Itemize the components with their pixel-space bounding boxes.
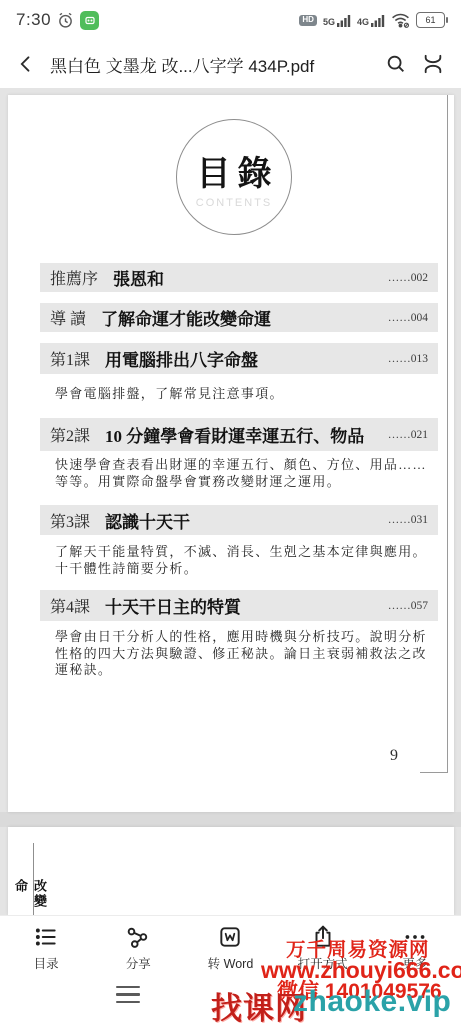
- toolbar-label: 转 Word: [208, 954, 254, 972]
- toolbar-item-share[interactable]: 分享: [94, 924, 182, 972]
- signal-4g-icon: 4G: [357, 14, 385, 27]
- toc-page: ……021: [388, 429, 428, 441]
- share-icon: [125, 924, 151, 950]
- notification-app-icon: [80, 11, 99, 30]
- nav-menu-button[interactable]: [116, 986, 140, 1003]
- page-number: 9: [390, 747, 398, 765]
- page-gap: [0, 812, 461, 827]
- word-doc-icon: [217, 924, 243, 950]
- toc-page: ……031: [388, 514, 428, 526]
- contents-heading-subtitle: CONTENTS: [196, 197, 273, 209]
- toc-description: 學會電腦排盤，了解常見注意事項。: [55, 386, 441, 403]
- toc-row: 第3課 認識十天干 ……031: [40, 505, 438, 535]
- toolbar-item-more[interactable]: 更多: [371, 924, 459, 972]
- document-title: 黑白色 文墨龙 改...八字学 434P.pdf: [50, 52, 371, 77]
- toolbar-label: 目录: [34, 954, 59, 972]
- search-icon[interactable]: [385, 53, 407, 75]
- status-bar: 7:30 HD 5G 4G: [0, 0, 461, 40]
- toc-description: 快速學會查表看出財運的幸運五行、顏色、方位、用品……等等。用實際命盤學會實務改變…: [55, 457, 441, 490]
- toc-label: 推薦序: [50, 266, 98, 289]
- toc-page: ……002: [388, 272, 428, 284]
- title-bar: 黑白色 文墨龙 改...八字学 434P.pdf: [0, 40, 461, 88]
- toc-description: 了解天干能量特質，不滅、消長、生剋之基本定律與應用。十干體性詩簡要分析。: [55, 544, 441, 577]
- toc-description: 學會由日干分析人的性格，應用時機與分析技巧。說明分析性格的四大方法與驗證、修正秘…: [55, 629, 441, 679]
- toc-label: 導 讀: [50, 306, 86, 329]
- hd-badge: HD: [299, 15, 317, 26]
- miniwindow-icon[interactable]: [421, 53, 445, 75]
- toc-title: 張恩和: [113, 265, 388, 290]
- toc-title: 認識十天干: [105, 508, 388, 533]
- toolbar-item-open-with[interactable]: 打开方式: [279, 924, 367, 972]
- alarm-icon: [57, 12, 74, 29]
- pdf-page-next: 改變命: [8, 827, 454, 915]
- clock-time: 7:30: [16, 10, 51, 30]
- toc-title: 十天干日主的特質: [105, 593, 388, 618]
- toc-page: ……004: [388, 312, 428, 324]
- toc-page: ……057: [388, 600, 428, 612]
- toc-title: 了解命運才能改變命運: [101, 305, 388, 330]
- toolbar-item-to-word[interactable]: 转 Word: [186, 924, 274, 972]
- toc-title: 用電腦排出八字命盤: [105, 346, 388, 371]
- toc-row: 第2課 10 分鐘學會看財運幸運五行、物品 ……021: [40, 418, 438, 451]
- vertical-chapter-text: 改變命: [11, 879, 49, 915]
- toc-label: 第1課: [50, 347, 90, 370]
- toc-row: 第4課 十天干日主的特質 ……057: [40, 590, 438, 621]
- contents-heading-circle: 目錄 CONTENTS: [176, 119, 292, 235]
- toolbar-item-catalog[interactable]: 目录: [2, 924, 90, 972]
- toc-row: 第1課 用電腦排出八字命盤 ……013: [40, 343, 438, 374]
- toc-row: 導 讀 了解命運才能改變命運 ……004: [40, 303, 438, 332]
- toolbar-label: 打开方式: [298, 954, 348, 972]
- toolbar-label: 更多: [402, 954, 427, 972]
- catalog-list-icon: [33, 924, 59, 950]
- more-dots-icon: [402, 924, 428, 950]
- open-with-icon: [310, 924, 336, 950]
- toc-row: 推薦序 張恩和 ……002: [40, 263, 438, 292]
- pdf-page-contents: 目錄 CONTENTS 推薦序 張恩和 ……002 導 讀 了解命運才能改變命運…: [8, 95, 454, 812]
- toc-label: 第2課: [50, 423, 90, 446]
- toc-page: ……013: [388, 353, 428, 365]
- battery-indicator: 61: [416, 12, 445, 28]
- toc-title: 10 分鐘學會看財運幸運五行、物品: [105, 422, 388, 447]
- contents-heading: 目錄: [190, 146, 279, 195]
- bottom-toolbar: 目录 分享 转 Word: [0, 915, 461, 1024]
- toc-label: 第4課: [50, 594, 90, 617]
- toc-label: 第3課: [50, 509, 90, 532]
- toolbar-label: 分享: [126, 954, 151, 972]
- signal-5g-icon: 5G: [323, 14, 351, 27]
- back-icon[interactable]: [16, 54, 36, 74]
- wifi-icon: [391, 13, 410, 28]
